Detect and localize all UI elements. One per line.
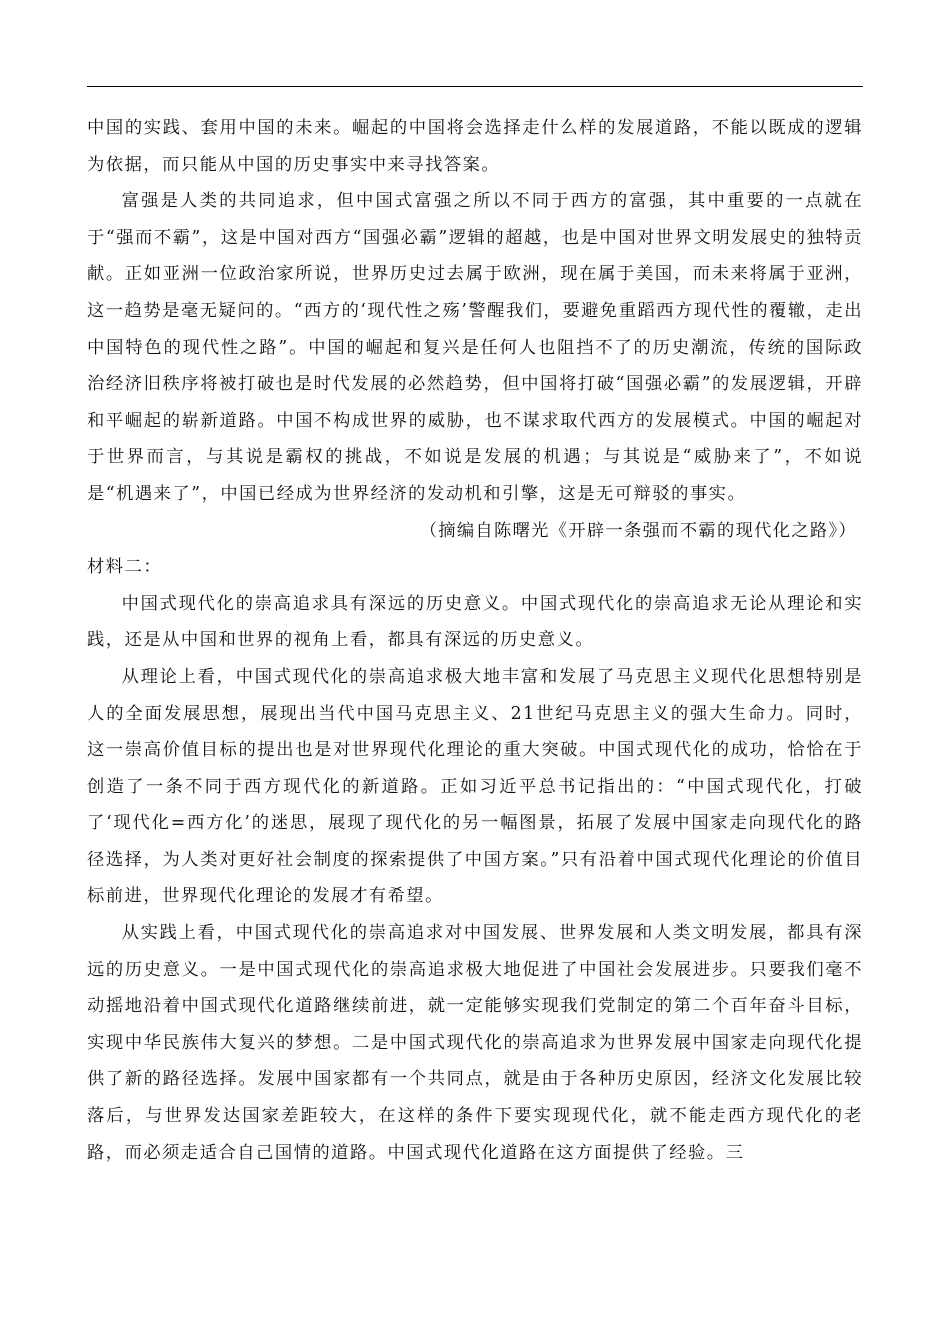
header-rule [87,86,863,87]
paragraph-continuation: 中国的实践、套用中国的未来。崛起的中国将会选择走什么样的发展道路，不能以既成的逻… [87,110,863,183]
paragraph-strong-not-hegemonic: 富强是人类的共同追求，但中国式富强之所以不同于西方的富强，其中重要的一点就在于“… [87,183,863,512]
section-label-material-two: 材料二： [87,549,863,586]
paragraph-historical-significance: 中国式现代化的崇高追求具有深远的历史意义。中国式现代化的崇高追求无论从理论和实践… [87,586,863,659]
paragraph-practice-perspective: 从实践上看，中国式现代化的崇高追求对中国发展、世界发展和人类文明发展，都具有深远… [87,915,863,1171]
paragraph-theory-perspective: 从理论上看，中国式现代化的崇高追求极大地丰富和发展了马克思主义现代化思想特别是人… [87,659,863,915]
document-body: 中国的实践、套用中国的未来。崛起的中国将会选择走什么样的发展道路，不能以既成的逻… [87,110,863,1171]
source-citation: （摘编自陈曙光《开辟一条强而不霸的现代化之路》） [87,513,863,550]
